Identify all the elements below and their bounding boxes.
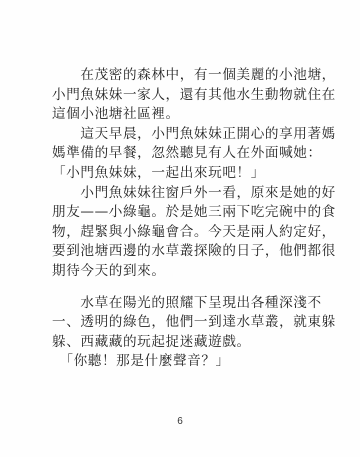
text-line: 物，趕緊與小綠龜會合。今天是兩人約定好， <box>52 223 300 243</box>
text-line: 小門魚妹妹一家人，還有其他水生動物就住在 <box>52 86 300 106</box>
text-line: 朋友——小綠龜。於是她三兩下吃完碗中的食 <box>52 203 300 223</box>
text-line: 一、透明的綠色，他們一到達水草叢，就東躲 <box>52 313 300 333</box>
text-line: 「小門魚妹妹，一起出來玩吧！」 <box>52 164 300 184</box>
text-line: 這天早晨，小門魚妹妹正開心的享用著媽 <box>52 125 300 145</box>
text-line: 「你聽！那是什麼聲音？」 <box>52 352 300 372</box>
text-line: 小門魚妹妹往窗戶外一看，原來是她的好 <box>52 184 300 204</box>
text-line: 躲、西藏藏的玩起捉迷藏遊戲。 <box>52 333 300 353</box>
document-page: 在茂密的森林中，有一個美麗的小池塘， 小門魚妹妹一家人，還有其他水生動物就住在 … <box>0 0 360 457</box>
section-gap <box>52 282 300 294</box>
page-number: 6 <box>0 416 360 427</box>
text-line: 這個小池塘社區裡。 <box>52 105 300 125</box>
text-line: 水草在陽光的照耀下呈現出各種深淺不 <box>52 294 300 314</box>
text-line: 在茂密的森林中，有一個美麗的小池塘， <box>52 66 300 86</box>
text-line: 期待今天的到來。 <box>52 262 300 282</box>
text-line: 要到池塘西邊的水草叢探險的日子，他們都很 <box>52 242 300 262</box>
text-line: 媽準備的早餐，忽然聽見有人在外面喊她： <box>52 144 300 164</box>
story-text: 在茂密的森林中，有一個美麗的小池塘， 小門魚妹妹一家人，還有其他水生動物就住在 … <box>52 66 300 372</box>
